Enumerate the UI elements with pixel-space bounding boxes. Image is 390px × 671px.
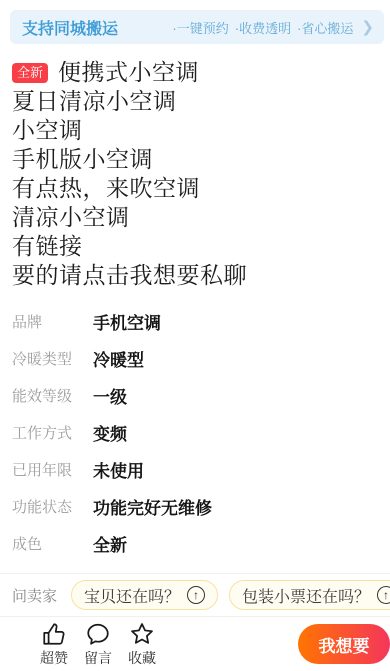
spec-label: 能效等级 — [12, 385, 93, 406]
product-title: 便携式小空调 — [58, 58, 199, 87]
like-label: 超赞 — [40, 648, 68, 668]
bottom-bar: 超赞 留言 收藏 我想要 — [0, 616, 390, 671]
chevron-right-icon: ❯ — [361, 20, 374, 35]
question-chips: 宝贝还在吗？ ↑ 包装小票还在吗？ ↑ — [71, 580, 390, 610]
specs-table: 品牌 手机空调 冷暖类型 冷暖型 能效等级 一级 工作方式 变频 已用年限 未使… — [0, 290, 390, 562]
spec-row: 成色 全新 — [12, 525, 378, 562]
description-line: 夏日清凉小空调 — [12, 87, 378, 116]
spec-row: 品牌 手机空调 — [12, 303, 378, 340]
product-title-line: 全新 便携式小空调 — [12, 58, 378, 87]
arrow-up-circle-icon: ↑ — [187, 586, 205, 604]
description-line: 有点热，来吹空调 — [12, 174, 378, 203]
spec-value: 手机空调 — [93, 309, 161, 334]
spec-value: 全新 — [93, 531, 127, 556]
spec-value: 一级 — [93, 383, 127, 408]
description-line: 要的请点击我想要私聊 — [12, 261, 378, 290]
spec-row: 功能状态 功能完好无维修 — [12, 488, 378, 525]
comment-bubble-icon — [85, 621, 111, 647]
spec-value: 冷暖型 — [93, 346, 144, 371]
spec-row: 能效等级 一级 — [12, 377, 378, 414]
spec-value: 未使用 — [93, 457, 144, 482]
favorite-action[interactable]: 收藏 — [120, 621, 164, 668]
question-chip-text: 包装小票还在吗？ — [242, 584, 370, 607]
condition-badge: 全新 — [12, 63, 48, 83]
spec-row: 工作方式 变频 — [12, 414, 378, 451]
question-chip[interactable]: 包装小票还在吗？ ↑ — [229, 580, 390, 610]
spec-row: 已用年限 未使用 — [12, 451, 378, 488]
product-description: 全新 便携式小空调 夏日清凉小空调 小空调 手机版小空调 有点热，来吹空调 清凉… — [0, 44, 390, 290]
description-lines: 夏日清凉小空调 小空调 手机版小空调 有点热，来吹空调 清凉小空调 有链接 要的… — [12, 87, 378, 290]
spec-value: 变频 — [93, 420, 127, 445]
spec-label: 品牌 — [12, 311, 93, 332]
question-chip[interactable]: 宝贝还在吗？ ↑ — [71, 580, 218, 610]
spec-value: 功能完好无维修 — [93, 494, 212, 519]
banner-feature: ·省心搬运 — [297, 18, 353, 37]
favorite-label: 收藏 — [128, 648, 156, 668]
description-line: 清凉小空调 — [12, 203, 378, 232]
thumbs-up-icon — [41, 621, 67, 647]
want-button[interactable]: 我想要 — [298, 624, 390, 664]
spec-row: 冷暖类型 冷暖型 — [12, 340, 378, 377]
comment-action[interactable]: 留言 — [76, 621, 120, 668]
spec-label: 工作方式 — [12, 422, 93, 443]
spec-label: 成色 — [12, 533, 93, 554]
like-action[interactable]: 超赞 — [32, 621, 76, 668]
description-line: 小空调 — [12, 116, 378, 145]
spec-label: 功能状态 — [12, 496, 93, 517]
banner-features: ·一键预约 ·收费透明 ·省心搬运 ❯ — [172, 18, 374, 37]
ask-seller-label: 问卖家 — [12, 585, 57, 606]
description-line: 手机版小空调 — [12, 145, 378, 174]
star-icon — [129, 621, 155, 647]
banner-feature: ·一键预约 — [172, 18, 228, 37]
banner-title: 支持同城搬运 — [22, 16, 118, 39]
banner-feature: ·收费透明 — [235, 18, 291, 37]
ask-seller-section: 问卖家 宝贝还在吗？ ↑ 包装小票还在吗？ ↑ — [0, 573, 390, 617]
description-line: 有链接 — [12, 232, 378, 261]
question-chip-text: 宝贝还在吗？ — [84, 584, 180, 607]
spec-label: 冷暖类型 — [12, 348, 93, 369]
arrow-up-circle-icon: ↑ — [377, 586, 390, 604]
comment-label: 留言 — [84, 648, 112, 668]
moving-service-banner[interactable]: 支持同城搬运 ·一键预约 ·收费透明 ·省心搬运 ❯ — [10, 10, 384, 44]
spec-label: 已用年限 — [12, 459, 93, 480]
